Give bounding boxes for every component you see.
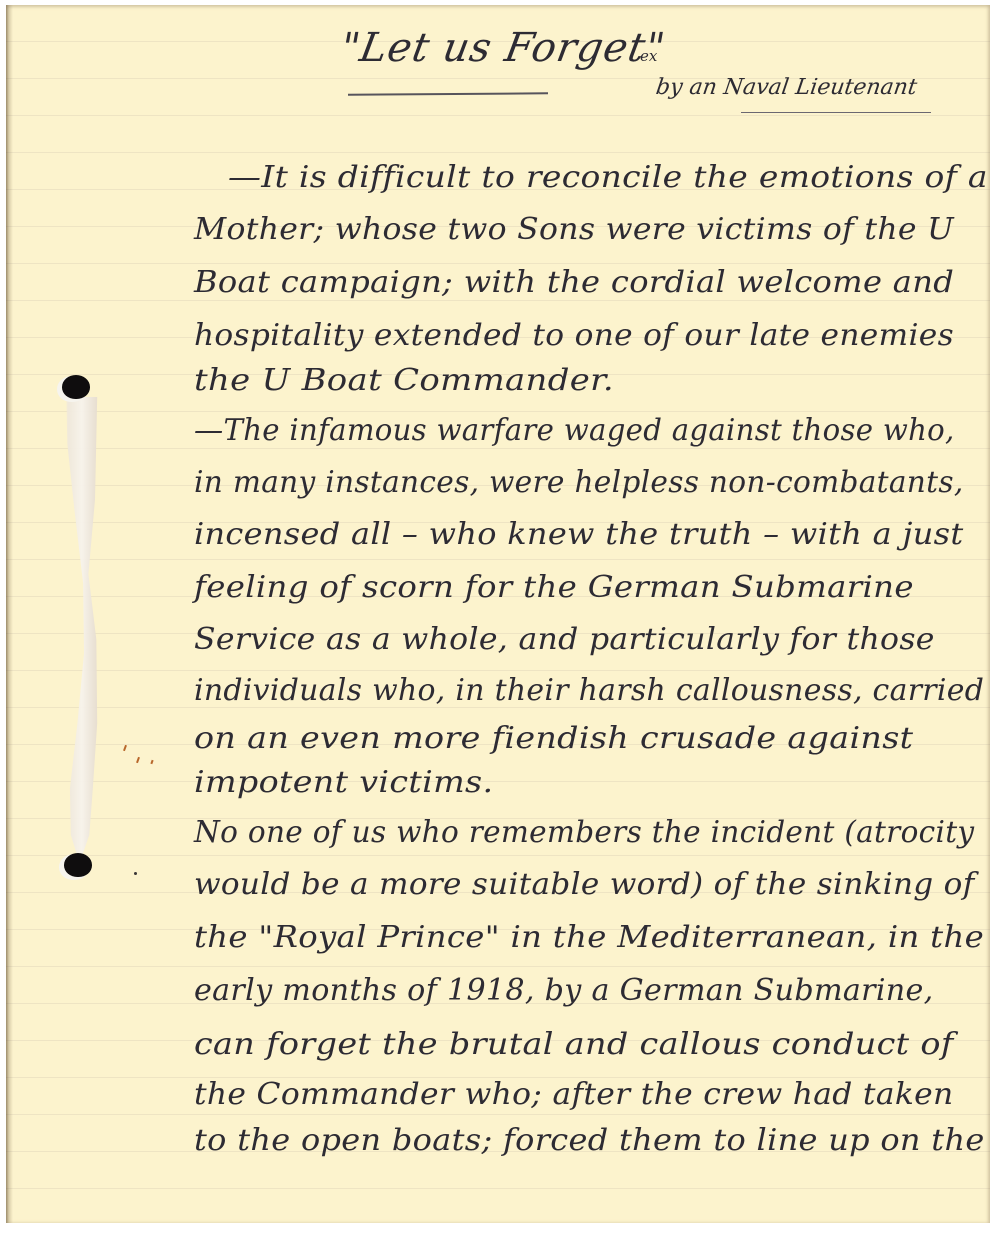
text-line: the "Royal Prince" in the Mediterranean,… xyxy=(194,920,984,955)
text-line: incensed all – who knew the truth – with… xyxy=(194,517,963,552)
manuscript-title: "Let us Forget" xyxy=(337,25,669,71)
ink-speck xyxy=(150,760,153,764)
text-line: to the open boats; forced them to line u… xyxy=(194,1123,985,1158)
ink-dot xyxy=(134,872,137,875)
text-line: —The infamous warfare waged against thos… xyxy=(194,413,955,448)
text-line: would be a more suitable word) of the si… xyxy=(194,867,975,902)
text-line: in many instances, were helpless non-com… xyxy=(194,465,964,500)
text-line: —It is difficult to reconcile the emotio… xyxy=(228,160,988,195)
text-line: early months of 1918, by a German Submar… xyxy=(194,973,934,1008)
title-underline xyxy=(348,92,548,95)
byline-prefix: ex xyxy=(640,47,657,65)
byline-underline xyxy=(741,112,931,113)
byline: by an Naval Lieutenant xyxy=(654,75,918,100)
text-line: Boat campaign; with the cordial welcome … xyxy=(194,265,954,300)
punch-hole-top xyxy=(62,375,90,399)
text-line: Service as a whole, and particularly for… xyxy=(194,622,935,657)
text-line: Mother; whose two Sons were victims of t… xyxy=(194,212,954,247)
punch-hole-bottom xyxy=(64,853,92,877)
ink-speck xyxy=(136,757,140,763)
binding-string xyxy=(62,397,106,863)
text-line: the Commander who; after the crew had ta… xyxy=(194,1077,954,1112)
text-line: No one of us who remembers the incident … xyxy=(194,815,974,850)
text-line: hospitality extended to one of our late … xyxy=(194,318,954,353)
text-line: on an even more fiendish crusade against xyxy=(194,721,913,756)
text-line: individuals who, in their harsh callousn… xyxy=(194,673,984,708)
text-line: can forget the brutal and callous conduc… xyxy=(194,1027,954,1062)
text-line: impotent victims. xyxy=(194,765,493,800)
text-line: feeling of scorn for the German Submarin… xyxy=(194,570,914,605)
manuscript-page: "Let us Forget" ex by an Naval Lieutenan… xyxy=(6,5,990,1223)
ink-speck xyxy=(123,745,127,751)
text-line: the U Boat Commander. xyxy=(194,363,614,398)
